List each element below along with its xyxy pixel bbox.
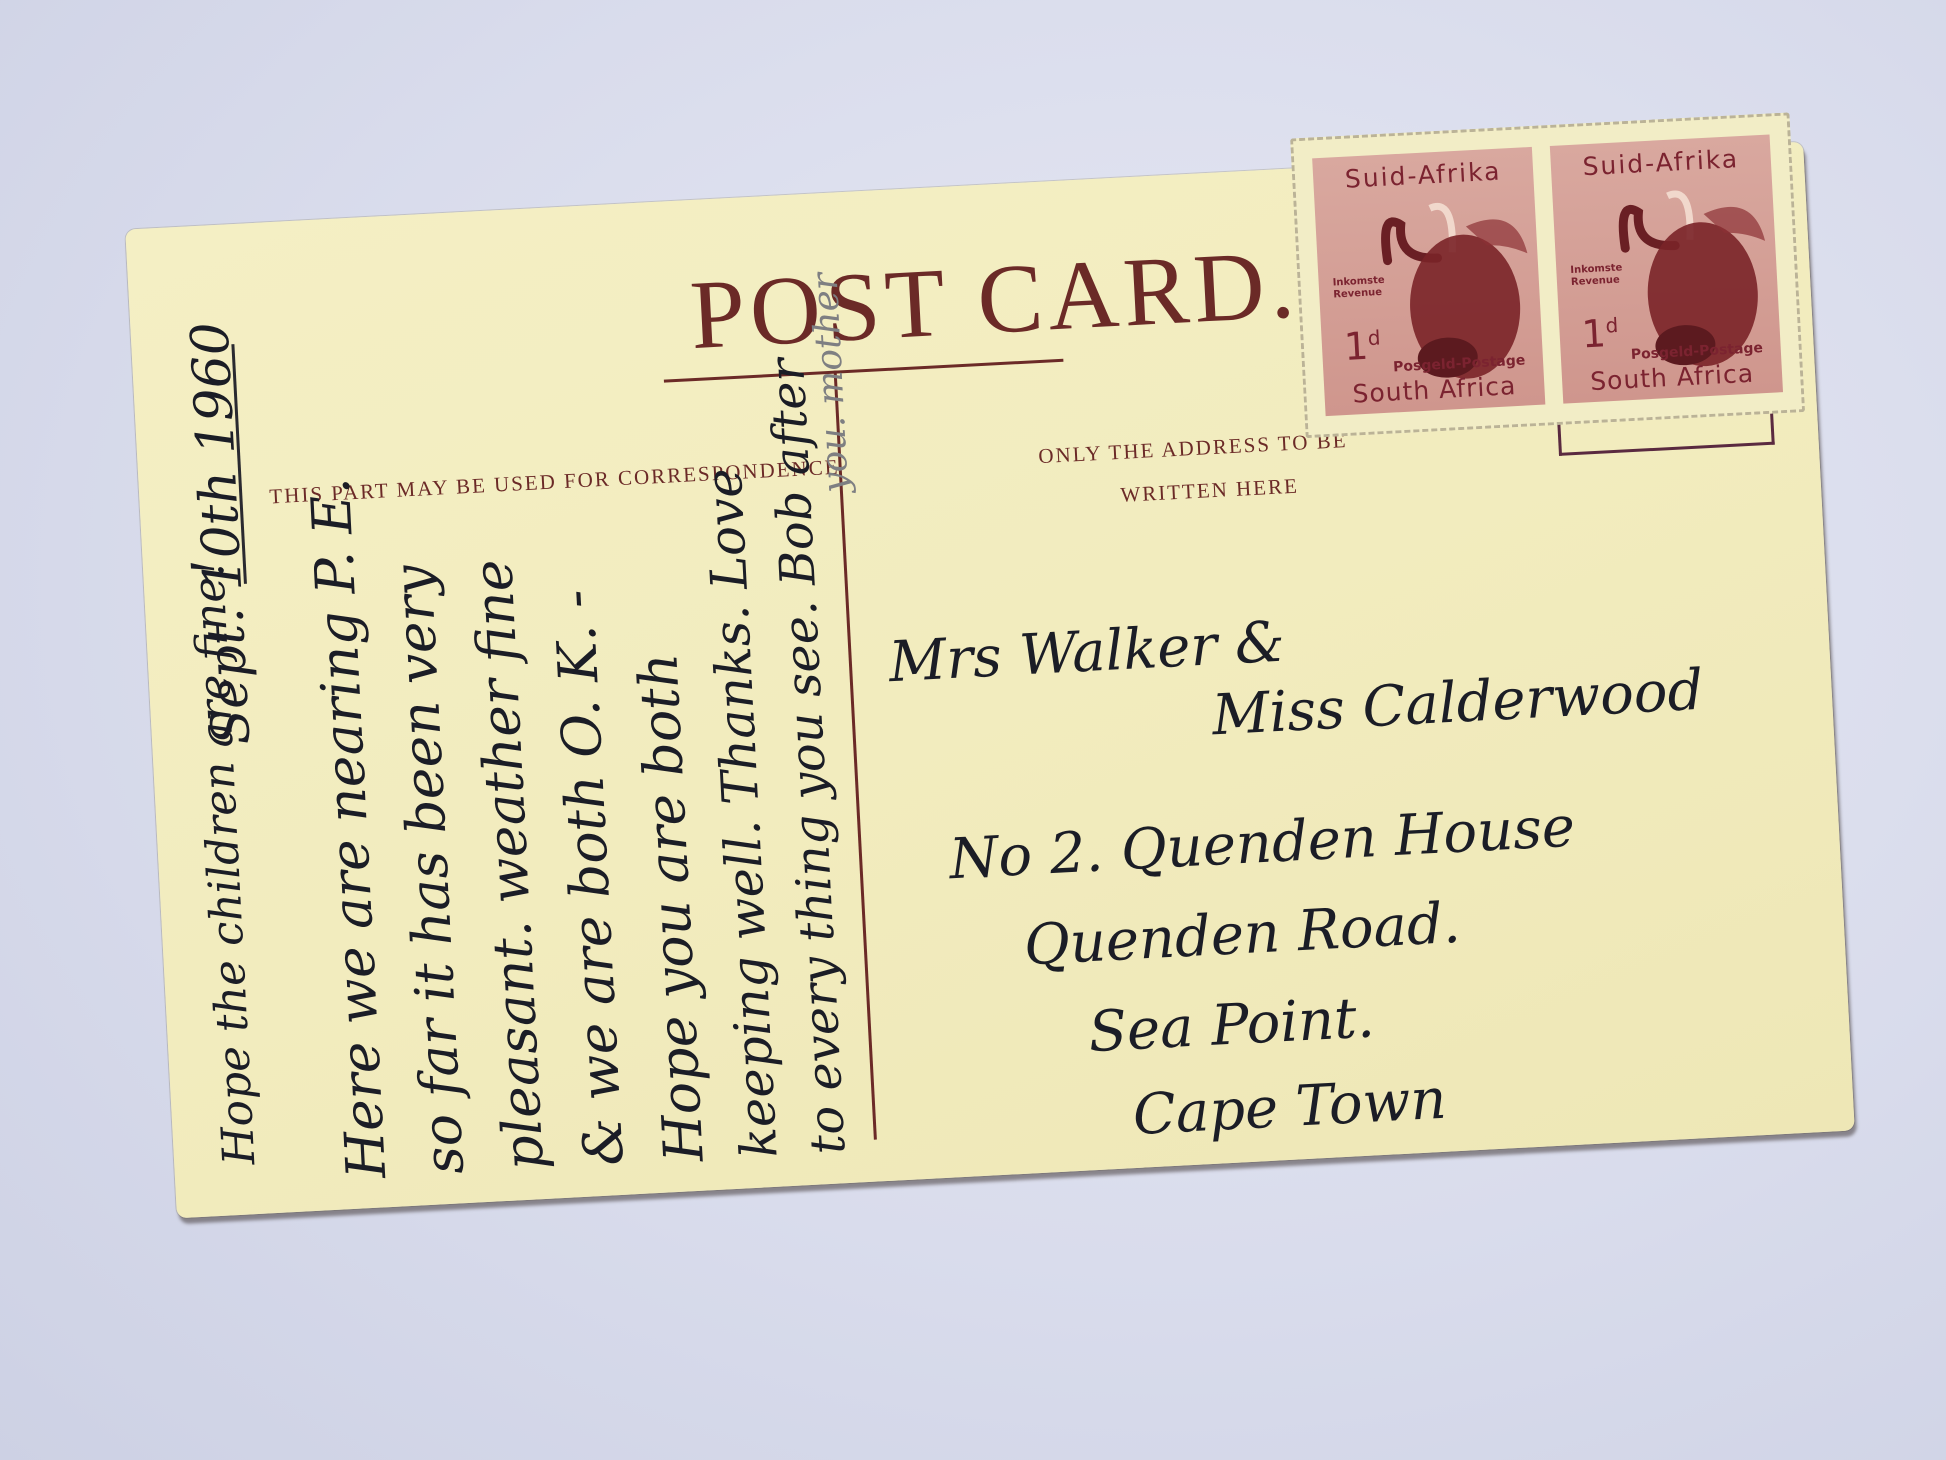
message-line: & we are both O. K. - (543, 588, 636, 1167)
address-line: No 2. Quenden House (948, 795, 1577, 893)
message-line: so far it has been very (381, 564, 476, 1176)
stamp: Suid-Afrika Inkomste Revenue 1d Posgeld-… (1550, 134, 1783, 403)
postcard: POST CARD. THIS PART MAY BE USED FOR COR… (125, 142, 1855, 1219)
message-line: pleasant. weather fine (461, 558, 556, 1172)
address-line: Sea Point. (1087, 985, 1376, 1065)
stamp-country-bottom: South Africa (1324, 370, 1545, 410)
stamp: Suid-Afrika Inkomste Revenue 1d Posgeld-… (1312, 147, 1545, 416)
stamp-pair: Suid-Afrika Inkomste Revenue 1d Posgeld-… (1290, 112, 1805, 438)
address-line: Quenden Road. (1022, 891, 1462, 979)
stamp-denomination: 1d (1343, 323, 1382, 369)
stamp-country-bottom: South Africa (1561, 357, 1782, 397)
address-caption-line1: ONLY THE ADDRESS TO BE (1038, 428, 1348, 469)
address-caption-line2: WRITTEN HERE (1120, 474, 1300, 508)
stamp-denomination: 1d (1581, 311, 1620, 357)
address-line: Cape Town (1131, 1067, 1448, 1148)
postcard-title: POST CARD. (688, 228, 1302, 372)
message-line: Hope you are both (626, 652, 716, 1164)
stamp-revenue: Inkomste Revenue (1570, 262, 1631, 289)
stamp-revenue: Inkomste Revenue (1332, 274, 1393, 301)
